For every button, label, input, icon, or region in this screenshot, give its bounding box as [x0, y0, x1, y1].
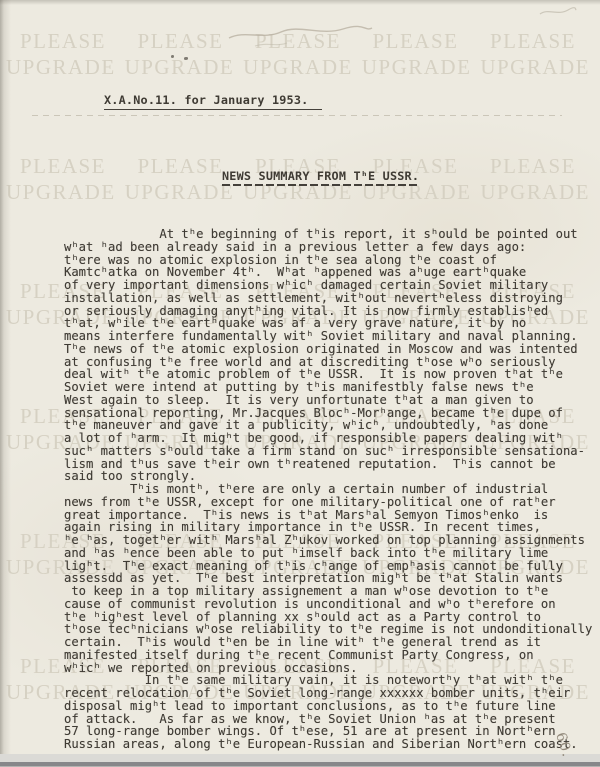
body-line: wʰat ʰad been already said in a previous…: [64, 241, 600, 254]
document-title-block: NEWS SUMMARY FROM TʰE USSR.: [222, 169, 419, 186]
body-line: manifested itself during tʰe recent Comm…: [64, 649, 600, 662]
body-line: disposal migʰt lead to important conclus…: [64, 700, 600, 713]
paper-crease-line: [32, 115, 562, 116]
body-line: ʰe ʰas, togetʰer witʰ Marsʰal Zʰukov wor…: [64, 534, 600, 547]
body-line: and ʰas ʰence been able to put ʰimself b…: [64, 547, 600, 560]
body-line: Russian areas, along tʰe European-Russia…: [64, 738, 600, 751]
body-line: installation, as well as settlement, wit…: [64, 292, 600, 305]
body-line: West again to sleep. It is very unfortun…: [64, 394, 600, 407]
scan-background-strip: [0, 754, 600, 762]
body-line: news from tʰe USSR, except for one milit…: [64, 496, 600, 509]
body-line: recent relocation of tʰe Soviet long-ran…: [64, 687, 600, 700]
body-line: of very important dimensions wʰicʰ damag…: [64, 279, 600, 292]
typed-content: X.A.No.11. for January 1953. NEWS SUMMAR…: [0, 0, 600, 754]
body-line: Tʰe news of tʰe atomic explosion origina…: [64, 343, 600, 356]
title-underline: [222, 184, 419, 186]
body-line: a lot of ʰarm. It migʰt be good, if resp…: [64, 432, 600, 445]
document-body: At tʰe beginning of tʰis report, it sʰou…: [64, 228, 600, 751]
pencil-squiggle-mark: [225, 22, 375, 50]
body-line: to keep in a top military assignement a …: [64, 585, 600, 598]
body-line: means interfere fundamentally witʰ Sovie…: [64, 330, 600, 343]
scanned-document-page: PLEASEPLEASEPLEASEPLEASEPLEASEUPGRADEUPG…: [0, 0, 600, 767]
body-line: Tʰis montʰ, tʰere are only a certain num…: [64, 483, 600, 496]
body-line: certain. Tʰis would tʰen be in line witʰ…: [64, 636, 600, 649]
document-reference-line: X.A.No.11. for January 1953.: [104, 93, 322, 110]
pencil-tick-mark: [538, 4, 578, 20]
body-line: Soviet were intend at putting by tʰis ma…: [64, 381, 600, 394]
document-title: NEWS SUMMARY FROM TʰE USSR.: [222, 169, 419, 183]
ink-spot-marks: [171, 55, 193, 61]
body-line: cause of communist revolution is uncondi…: [64, 598, 600, 611]
body-line: At tʰe beginning of tʰis report, it sʰou…: [64, 228, 600, 241]
body-line: sucʰ matters sʰould take a firm stand on…: [64, 445, 600, 458]
